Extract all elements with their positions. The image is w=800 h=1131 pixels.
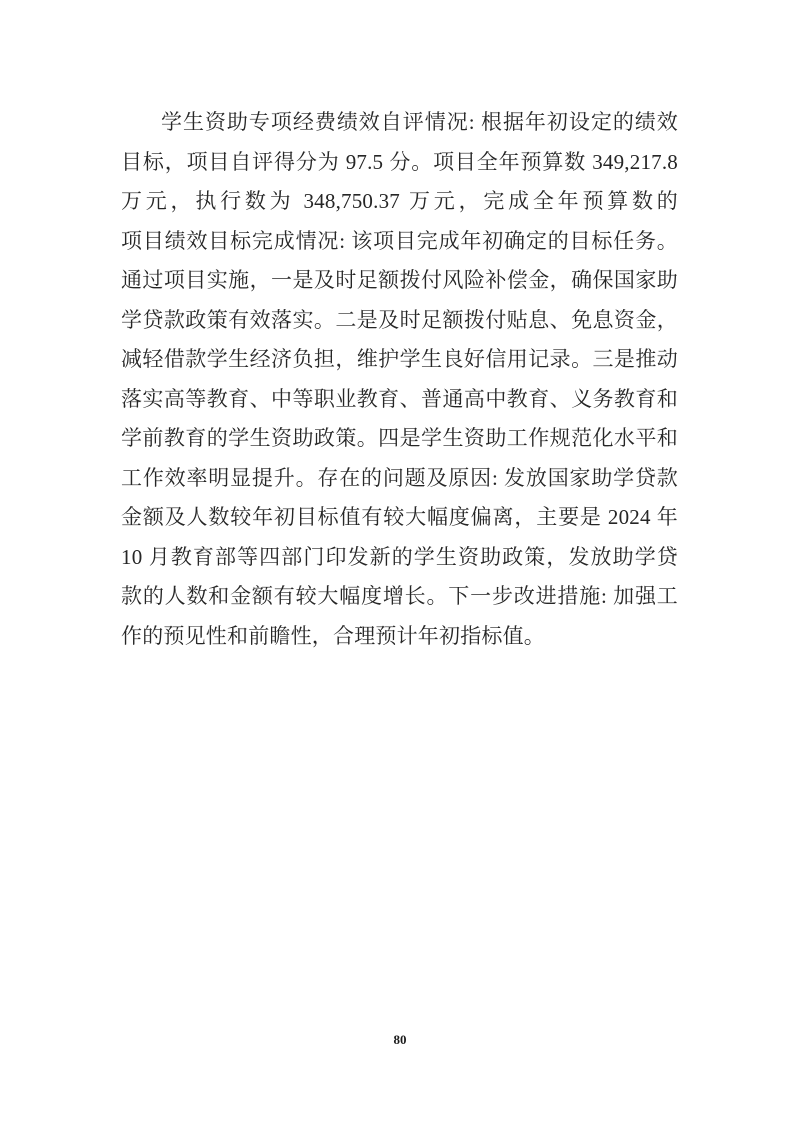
page-footer: 80 — [0, 1031, 800, 1049]
paragraph-line: 作的预见性和前瞻性，合理预计年初指标值。 — [121, 617, 678, 657]
paragraph-line: 学前教育的学生资助政策。四是学生资助工作规范化水平和 — [121, 419, 678, 459]
paragraph-line: 目标，项目自评得分为 97.5 分。项目全年预算数 349,217.8 — [121, 143, 678, 183]
paragraph-line: 10 月教育部等四部门印发新的学生资助政策，发放助学贷 — [121, 538, 678, 578]
document-page: 学生资助专项经费绩效自评情况: 根据年初设定的绩效 目标，项目自评得分为 97.… — [0, 0, 800, 1131]
paragraph-line: 学贷款政策有效落实。二是及时足额拨付贴息、免息资金， — [121, 301, 678, 341]
page-number: 80 — [394, 1032, 407, 1047]
paragraph-line: 工作效率明显提升。存在的问题及原因: 发放国家助学贷款 — [121, 459, 678, 499]
paragraph-line: 减轻借款学生经济负担，维护学生良好信用记录。三是推动 — [121, 340, 678, 380]
paragraph-line: 金额及人数较年初目标值有较大幅度偏离，主要是 2024 年 — [121, 498, 678, 538]
paragraph-line: 款的人数和金额有较大幅度增长。下一步改进措施: 加强工 — [121, 577, 678, 617]
paragraph-line: 万元，执行数为 348,750.37 万元，完成全年预算数的 99.9%。 — [121, 182, 678, 222]
paragraph-line: 项目绩效目标完成情况: 该项目完成年初确定的目标任务。 — [121, 222, 678, 262]
paragraph-line: 通过项目实施，一是及时足额拨付风险补偿金，确保国家助 — [121, 261, 678, 301]
report-paragraph: 学生资助专项经费绩效自评情况: 根据年初设定的绩效 目标，项目自评得分为 97.… — [121, 103, 678, 656]
paragraph-line: 落实高等教育、中等职业教育、普通高中教育、义务教育和 — [121, 380, 678, 420]
paragraph-line: 学生资助专项经费绩效自评情况: 根据年初设定的绩效 — [121, 103, 678, 143]
